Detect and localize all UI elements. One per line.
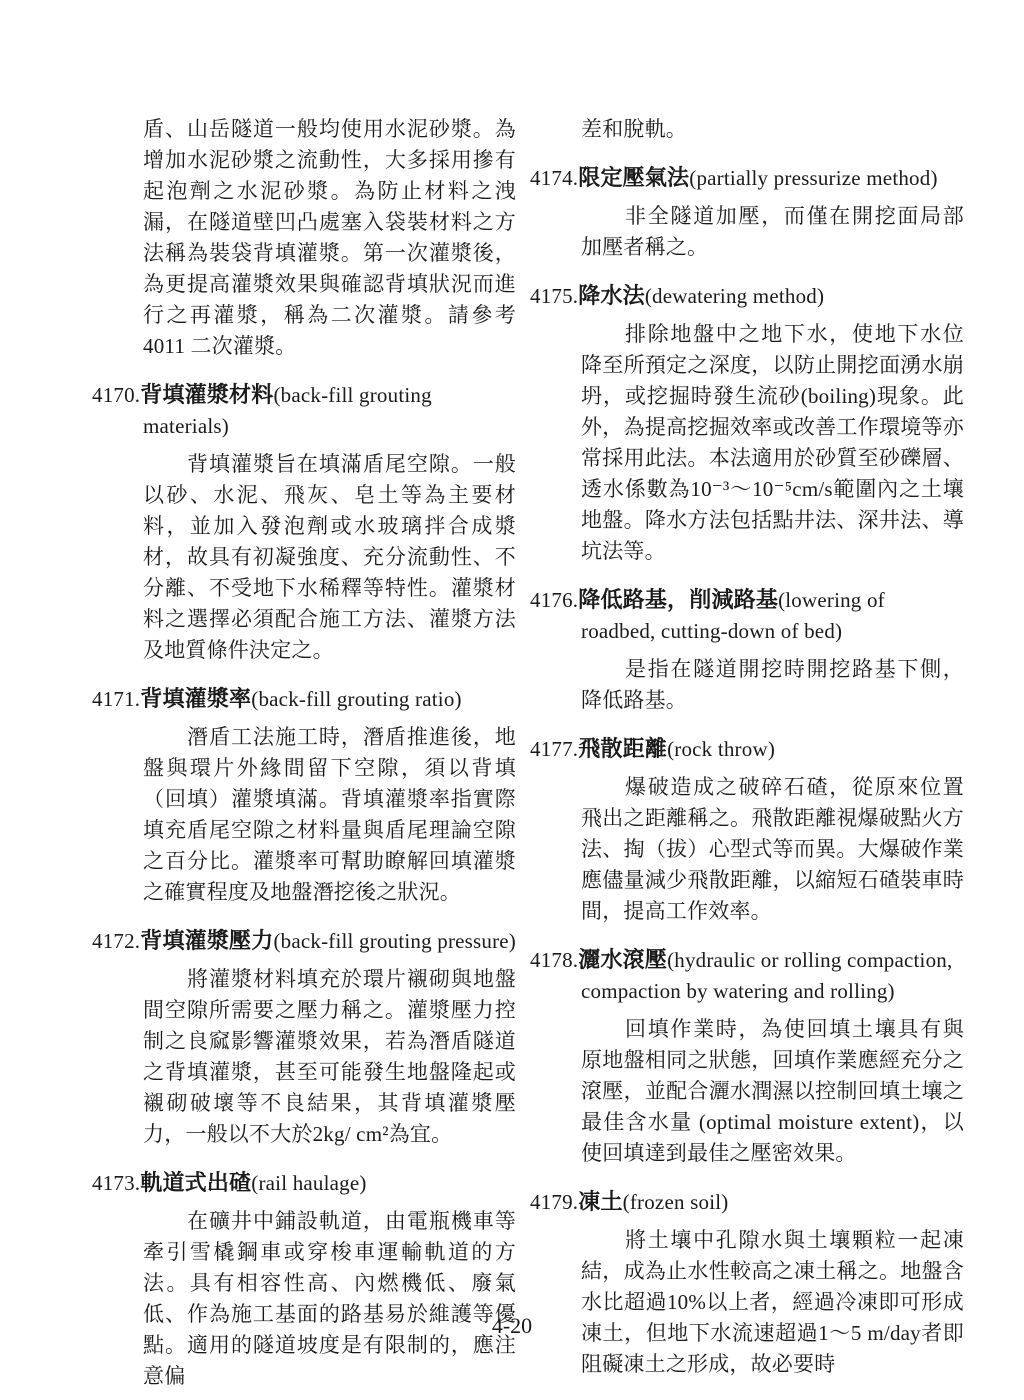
entry-term: 背填灌漿壓力	[140, 928, 273, 953]
entry-english-term: (frozen soil)	[623, 1190, 729, 1214]
entry-definition: 潛盾工法施工時，潛盾推進後，地盤與環片外緣間留下空隙，須以背填（回填）灌漿填滿。…	[143, 722, 516, 908]
entry-heading: 4171.背填灌漿率(back-fill grouting ratio)	[92, 683, 516, 715]
entry-heading: 4178.灑水滾壓(hydraulic or rolling compactio…	[530, 944, 964, 1007]
glossary-entry: 4175.降水法(dewatering method)排除地盤中之地下水，使地下…	[530, 280, 964, 567]
entry-heading: 4172.背填灌漿壓力(back-fill grouting pressure)	[92, 925, 516, 957]
entry-term: 軌道式出碴	[140, 1170, 251, 1195]
entry-heading: 4179.凍土(frozen soil)	[530, 1186, 964, 1218]
glossary-entry: 4172.背填灌漿壓力(back-fill grouting pressure)…	[92, 925, 516, 1150]
entry-number: 4171.	[92, 687, 140, 711]
entry-number: 4172.	[92, 929, 140, 953]
entry-definition: 回填作業時，為使回填土壤具有與原地盤相同之狀態，回填作業應經充分之滾壓，並配合灑…	[581, 1014, 964, 1169]
entry-definition: 將土壤中孔隙水與土壤顆粒一起凍結，成為止水性較高之凍土稱之。地盤含水比超過10%…	[581, 1225, 964, 1380]
entry-definition: 排除地盤中之地下水，使地下水位降至所預定之深度，以防止開挖面湧水崩坍，或挖掘時發…	[581, 319, 964, 567]
entry-number: 4179.	[530, 1190, 578, 1214]
entry-definition: 是指在隧道開挖時開挖路基下側，降低路基。	[581, 654, 964, 716]
entry-heading: 4174.限定壓氣法(partially pressurize method)	[530, 162, 964, 194]
glossary-entry: 4173.軌道式出碴(rail haulage)在礦井中鋪設軌道，由電瓶機車等牽…	[92, 1167, 516, 1392]
entry-heading: 4170.背填灌漿材料(back-fill grouting materials…	[92, 379, 516, 442]
continuation-paragraph: 差和脫軌。	[581, 114, 964, 145]
glossary-entry: 4179.凍土(frozen soil)將土壤中孔隙水與土壤顆粒一起凍結，成為止…	[530, 1186, 964, 1380]
text-columns: 盾、山岳隧道一般均使用水泥砂漿。為增加水泥砂漿之流動性，大多採用摻有起泡劑之水泥…	[92, 114, 964, 1392]
entry-english-term: (dewatering method)	[645, 284, 824, 308]
entry-number: 4178.	[530, 948, 578, 972]
entry-term: 飛散距離	[578, 736, 667, 761]
entry-number: 4175.	[530, 284, 578, 308]
entry-english-term: (rail haulage)	[251, 1171, 366, 1195]
entry-number: 4176.	[530, 588, 578, 612]
page-number: 4-20	[0, 1312, 1024, 1340]
entry-english-term: (back-fill grouting ratio)	[251, 687, 461, 711]
entry-number: 4170.	[92, 383, 140, 407]
entry-definition: 將灌漿材料填充於環片襯砌與地盤間空隙所需要之壓力稱之。灌漿壓力控制之良窳影響灌漿…	[143, 964, 516, 1150]
glossary-entry: 4176.降低路基，削減路基(lowering of roadbed, cutt…	[530, 584, 964, 716]
glossary-entry: 4174.限定壓氣法(partially pressurize method)非…	[530, 162, 964, 263]
entry-term: 降水法	[578, 283, 645, 308]
continuation-paragraph: 盾、山岳隧道一般均使用水泥砂漿。為增加水泥砂漿之流動性，大多採用摻有起泡劑之水泥…	[143, 114, 516, 362]
entry-english-term: (rock throw)	[667, 737, 775, 761]
entry-definition: 在礦井中鋪設軌道，由電瓶機車等牽引雪橇鋼車或穿梭車運輸軌道的方法。具有相容性高、…	[143, 1206, 516, 1392]
entry-definition: 非全隧道加壓，而僅在開挖面局部加壓者稱之。	[581, 201, 964, 263]
entry-term: 灑水滾壓	[578, 947, 667, 972]
entry-number: 4177.	[530, 737, 578, 761]
entry-heading: 4177.飛散距離(rock throw)	[530, 733, 964, 765]
entry-heading: 4173.軌道式出碴(rail haulage)	[92, 1167, 516, 1199]
glossary-entry: 4178.灑水滾壓(hydraulic or rolling compactio…	[530, 944, 964, 1169]
glossary-entry: 4171.背填灌漿率(back-fill grouting ratio)潛盾工法…	[92, 683, 516, 908]
document-page: 盾、山岳隧道一般均使用水泥砂漿。為增加水泥砂漿之流動性，大多採用摻有起泡劑之水泥…	[0, 0, 1024, 1400]
entry-term: 降低路基，削減路基	[578, 587, 778, 612]
entry-term: 限定壓氣法	[578, 165, 689, 190]
right-column: 差和脫軌。4174.限定壓氣法(partially pressurize met…	[530, 114, 964, 1392]
entry-english-term: (partially pressurize method)	[689, 166, 937, 190]
entry-heading: 4175.降水法(dewatering method)	[530, 280, 964, 312]
entry-english-term: (back-fill grouting pressure)	[273, 929, 516, 953]
entry-number: 4173.	[92, 1171, 140, 1195]
entry-term: 背填灌漿材料	[140, 382, 273, 407]
entry-definition: 背填灌漿旨在填滿盾尾空隙。一般以砂、水泥、飛灰、皂土等為主要材料，並加入發泡劑或…	[143, 449, 516, 666]
entry-number: 4174.	[530, 166, 578, 190]
entry-heading: 4176.降低路基，削減路基(lowering of roadbed, cutt…	[530, 584, 964, 647]
entry-term: 凍土	[578, 1189, 622, 1214]
left-column: 盾、山岳隧道一般均使用水泥砂漿。為增加水泥砂漿之流動性，大多採用摻有起泡劑之水泥…	[92, 114, 516, 1392]
glossary-entry: 4177.飛散距離(rock throw)爆破造成之破碎石碴，從原來位置飛出之距…	[530, 733, 964, 927]
entry-term: 背填灌漿率	[140, 686, 251, 711]
glossary-entry: 4170.背填灌漿材料(back-fill grouting materials…	[92, 379, 516, 666]
entry-definition: 爆破造成之破碎石碴，從原來位置飛出之距離稱之。飛散距離視爆破點火方法、掏（拔）心…	[581, 772, 964, 927]
